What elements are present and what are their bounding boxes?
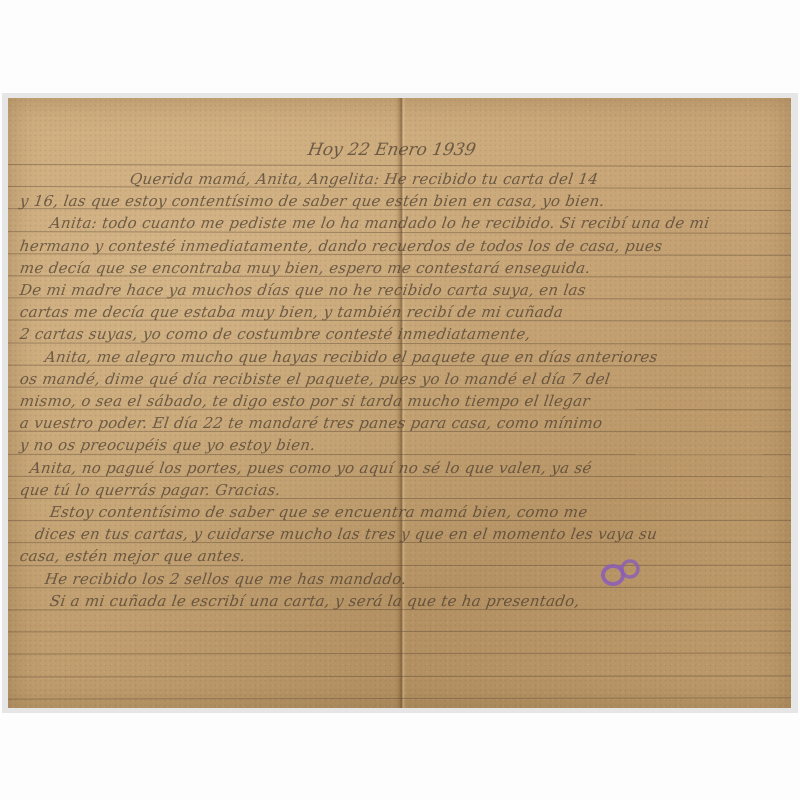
letter-date: Hoy 22 Enero 1939: [306, 140, 477, 160]
ruled-line: [8, 675, 791, 677]
letter-line: casa, estén mejor que antes.: [19, 547, 247, 565]
letter-line: y 16, las que estoy contentísimo de sabe…: [19, 192, 606, 210]
letter-line: Estoy contentísimo de saber que se encue…: [49, 503, 589, 521]
letter-sheet: Hoy 22 Enero 1939 Querida mamá, Anita, A…: [8, 98, 791, 708]
letter-line: He recibido los 2 sellos que me has mand…: [44, 570, 408, 588]
letter-line: Anita, no pagué los portes, pues como yo…: [29, 459, 593, 477]
letter-line: me decía que se encontraba muy bien, esp…: [19, 259, 592, 277]
letter-line: 2 cartas suyas, yo como de costumbre con…: [19, 325, 532, 343]
letter-line: que tú lo querrás pagar. Gracias.: [19, 481, 282, 499]
purple-ink-mark-icon: [600, 558, 642, 588]
letter-line: os mandé, dime qué día recibiste el paqu…: [19, 370, 612, 388]
letter-line: Querida mamá, Anita, Angelita: He recibi…: [129, 170, 600, 188]
letter-line: De mi madre hace ya muchos días que no h…: [19, 281, 587, 299]
letter-line: cartas me decía que estaba muy bien, y t…: [19, 303, 565, 321]
letter-line: dices en tus cartas, y cuidarse mucho la…: [34, 525, 659, 543]
letter-line: Si a mi cuñada le escribí una carta, y s…: [49, 592, 581, 610]
letter-line: y no os preocupéis que yo estoy bien.: [19, 436, 317, 454]
letter-line: hermano y contesté inmediatamente, dando…: [19, 237, 664, 255]
letter-line: a vuestro poder. El día 22 te mandaré tr…: [19, 414, 604, 432]
letter-line: mismo, o sea el sábado, te digo esto por…: [19, 392, 591, 410]
letter-line: Anita, me alegro mucho que hayas recibid…: [44, 348, 659, 366]
letter-line: Anita: todo cuanto me pediste me lo ha m…: [49, 214, 711, 232]
